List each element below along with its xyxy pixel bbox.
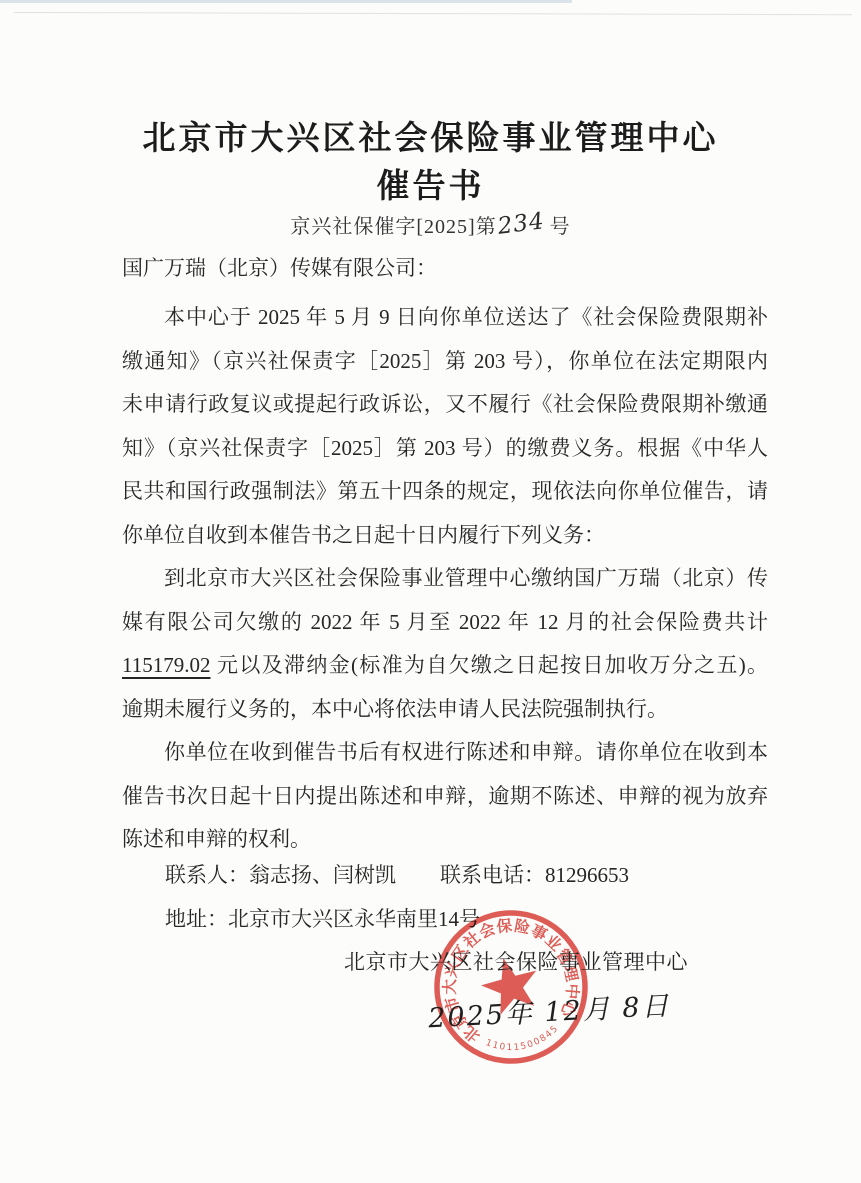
- document-number-handwritten: 234: [496, 208, 546, 240]
- body-line: 到北京市大兴区社会保险事业管理中心缴纳国广万瑞（北京）传: [122, 557, 768, 601]
- body-line: 逾期未履行义务的，本中心将依法申请人民法院强制执行。: [122, 688, 768, 732]
- contact-phone: 联系电话：81296653: [440, 860, 629, 890]
- body-line: 民共和国行政强制法》第五十四条的规定，现依法向你单位催告，请: [122, 470, 768, 514]
- paragraph-2: 到北京市大兴区社会保险事业管理中心缴纳国广万瑞（北京）传 媒有限公司欠缴的 20…: [122, 557, 768, 731]
- document-number-suffix: 号: [550, 216, 571, 238]
- contact-line: 联系人：翁志扬、闫树凯 联系电话：81296653: [122, 860, 768, 890]
- signature-line: 北京市大兴区社会保险事业管理中心: [344, 946, 688, 976]
- body-line: 缴通知》（京兴社保责字［2025］第 203 号），你单位在法定期限内: [122, 340, 768, 384]
- document-title: 北京市大兴区社会保险事业管理中心: [0, 112, 861, 159]
- paragraph-3: 你单位在收到催告书后有权进行陈述和申辩。请你单位在收到本 催告书次日起十日内提出…: [122, 731, 768, 862]
- body-line: 催告书次日起十日内提出陈述和申辩，逾期不陈述、申辩的视为放弃: [122, 775, 768, 819]
- body-line: 未申请行政复议或提起行政诉讼，又不履行《社会保险费限期补缴通: [122, 383, 768, 427]
- scan-artifact-edge-line: [14, 12, 852, 15]
- body-line: 本中心于 2025 年 5 月 9 日向你单位送达了《社会保险费限期补: [122, 296, 768, 340]
- body-line: 媒有限公司欠缴的 2022 年 5 月至 2022 年 12 月的社会保险费共计: [122, 601, 768, 645]
- amount-underlined: 115179.02: [122, 653, 210, 677]
- body-line: 陈述和申辩的权利。: [122, 818, 768, 862]
- document-subtitle: 催告书: [0, 160, 861, 207]
- paragraph-1: 本中心于 2025 年 5 月 9 日向你单位送达了《社会保险费限期补 缴通知》…: [122, 296, 768, 557]
- body-line: 你单位自收到本催告书之日起十日内履行下列义务：: [122, 514, 768, 558]
- document-number-prefix: 京兴社保催字[2025]第: [290, 216, 496, 238]
- body-line-amount: 115179.02 元以及滞纳金(标准为自欠缴之日起按日加收万分之五)。: [122, 644, 768, 688]
- body-line: 知》（京兴社保责字［2025］第 203 号）的缴费义务。根据《中华人: [122, 427, 768, 471]
- amount-line-rest: 元以及滞纳金(标准为自欠缴之日起按日加收万分之五)。: [210, 653, 768, 677]
- document-number: 京兴社保催字[2025]第234号: [0, 210, 861, 239]
- scan-artifact-top-line: [0, 0, 572, 3]
- scanned-document-page: 北京市大兴区社会保险事业管理中心 催告书 京兴社保催字[2025]第234号 国…: [0, 0, 861, 1183]
- body-line: 你单位在收到催告书后有权进行陈述和申辩。请你单位在收到本: [122, 731, 768, 775]
- addressee-line: 国广万瑞（北京）传媒有限公司：: [122, 252, 768, 282]
- contact-person: 联系人：翁志扬、闫树凯: [165, 863, 396, 887]
